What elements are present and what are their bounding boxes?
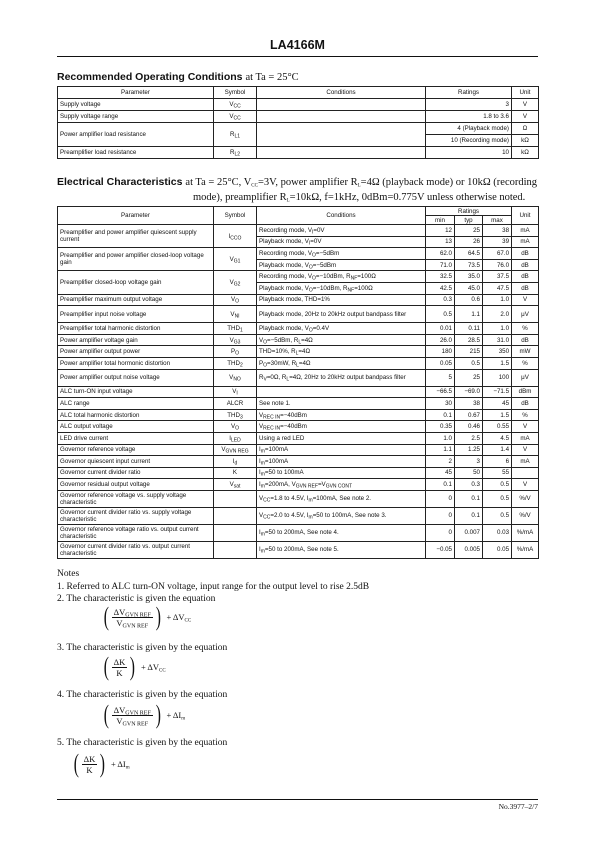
cell-typ: 0.005 [455,541,483,558]
table-header-row: Parameter Symbol Conditions Ratings Unit [58,87,539,99]
cell-min: 32.5 [426,271,455,283]
elec-char-conditions-line2: mode), preamplifier RL=10kΩ, f=1kHz, 0dB… [193,192,525,203]
col-symbol: Symbol [214,87,257,99]
cell-unit: dB [512,282,539,294]
cell-unit: mA [512,236,539,248]
cell-symbol: VO [214,421,257,433]
cell-unit: dB [512,259,539,271]
cell-conditions: See note 1. [257,398,426,410]
table-row: Preamplifier total harmonic distortionTH… [58,323,539,335]
cell-unit: V [512,444,539,456]
cell-max: 350 [483,346,512,358]
table-row: ALC output voltageVOVREC IN=−40dBm0.350.… [58,421,539,433]
rec-conditions-title: Recommended Operating Conditions [57,71,243,83]
cell-conditions: Playback mode, VO=−10dBm, RNF=100Ω [257,282,426,294]
cell-typ: 0.007 [455,524,483,541]
equation-term: + ΔIm [166,710,185,720]
cell-unit: dB [512,334,539,346]
elec-char-conditions-line1: at Ta = 25°C, VCC=3V, power amplifier RL… [185,177,537,188]
cell-typ: 38 [455,398,483,410]
cell-typ: 25 [455,369,483,386]
cell-unit: dB [512,248,539,260]
table-row: Governor reference voltage ratio vs. out… [58,524,539,541]
table-row: Supply voltage rangeVCC1.8 to 3.6V [58,111,539,123]
col-conditions: Conditions [257,87,426,99]
cell-parameter: LED drive current [58,432,214,444]
cell-min: 30 [426,398,455,410]
table-row: Preamplifier and power amplifier quiesce… [58,225,539,237]
cell-min: 0.3 [426,294,455,306]
cell-unit: V [512,111,539,123]
cell-typ: −69.0 [455,386,483,398]
cell-conditions: VCC=2.0 to 4.5V, Im=50 to 100mA, See not… [257,507,426,524]
header-rule [57,56,538,57]
cell-conditions [257,111,426,123]
table-row: Preamplifier closed-loop voltage gainVG2… [58,271,539,283]
cell-parameter: Governor reference voltage vs. supply vo… [58,490,214,507]
cell-conditions [257,386,426,398]
cell-min: 45 [426,467,455,479]
fraction: ΔKK [112,657,128,678]
cell-parameter: ALC total harmonic distortion [58,409,214,421]
cell-symbol: VG2 [214,271,257,294]
cell-symbol: K [214,467,257,479]
cell-typ: 45.0 [455,282,483,294]
note-1: 1. Referred to ALC turn-ON voltage, inpu… [57,581,369,594]
cell-typ: 215 [455,346,483,358]
cell-parameter: ALC output voltage [58,421,214,433]
cell-symbol: VG3 [214,334,257,346]
equation-term: + ΔIm [111,759,130,769]
rec-conditions-suffix: at Ta = 25°C [245,72,298,83]
table-row: Governor residual output voltageVsatIm=2… [58,479,539,491]
cell-parameter: Governor current divider ratio vs. suppl… [58,507,214,524]
table-row: Preamplifier input noise voltageVNIPlayb… [58,306,539,323]
cell-min: 0 [426,490,455,507]
cell-symbol: Id [214,456,257,468]
denominator: VGVN REF [114,618,150,628]
cell-unit: mA [512,225,539,237]
cell-conditions: Recording mode, VO=−5dBm [257,248,426,260]
cell-ratings: 10 (Recording mode) [426,135,512,147]
table-row: Governor current divider ratio vs. suppl… [58,507,539,524]
cell-min: 0.05 [426,357,455,369]
cell-conditions: Playback mode, VO=−5dBm [257,259,426,271]
table-row: ALC turn-ON input voltageVI−66.5−69.0−71… [58,386,539,398]
cell-max: 0.05 [483,541,512,558]
footer-rule [57,799,538,800]
elec-char-heading: Electrical Characteristics at Ta = 25°C,… [57,175,547,205]
cell-unit: % [512,323,539,335]
cell-symbol: VNI [214,306,257,323]
cell-conditions: Playback mode, VI=0V [257,236,426,248]
cell-max: 1.5 [483,409,512,421]
cell-symbol: RL1 [214,123,257,147]
cell-unit: kΩ [512,147,539,159]
cell-conditions: Im=50 to 200mA, See note 5. [257,541,426,558]
cell-parameter: ALC turn-ON input voltage [58,386,214,398]
cell-min: 0.35 [426,421,455,433]
cell-max: 1.5 [483,357,512,369]
cell-min: 26.0 [426,334,455,346]
cell-symbol: VI [214,386,257,398]
cell-symbol: VG1 [214,248,257,271]
cell-parameter: Governor current divider ratio vs. outpu… [58,541,214,558]
table-row: Preamplifier maximum output voltageVOPla… [58,294,539,306]
cell-max: 38 [483,225,512,237]
cell-unit: %/mA [512,541,539,558]
cell-symbol: ALCR [214,398,257,410]
cell-parameter: Preamplifier and power amplifier quiesce… [58,225,214,248]
left-paren: ( [104,604,109,630]
table-row: Preamplifier load resistanceRL210kΩ [58,147,539,159]
cell-min: 2 [426,456,455,468]
left-paren: ( [104,702,109,728]
cell-symbol: RL2 [214,147,257,159]
cell-unit: %/V [512,490,539,507]
cell-parameter: Power amplifier output noise voltage [58,369,214,386]
cell-unit: % [512,357,539,369]
cell-unit: dB [512,271,539,283]
cell-conditions: Recording mode, VO=−10dBm, RNF=100Ω [257,271,426,283]
cell-max: 1.0 [483,323,512,335]
cell-symbol: Vsat [214,479,257,491]
cell-min: 0 [426,507,455,524]
equation-note-4: (ΔVGVN REFVGVN REF)+ ΔIm [102,702,185,728]
cell-min: 62.0 [426,248,455,260]
denominator: VGVN REF [114,716,150,726]
cell-conditions [257,147,426,159]
cell-max: 55 [483,467,512,479]
cell-unit: mA [512,456,539,468]
cell-max: 2.0 [483,306,512,323]
cell-unit: mW [512,346,539,358]
cell-typ: 3 [455,456,483,468]
cell-unit: dBm [512,386,539,398]
cell-parameter: Power amplifier load resistance [58,123,214,147]
table-row: Power amplifier output powerPOTHD=10%, R… [58,346,539,358]
note-5: 5. The characteristic is given by the eq… [57,737,369,750]
table-header-row: Parameter Symbol Conditions Ratings Unit [58,207,539,216]
cell-typ: 0.67 [455,409,483,421]
cell-typ: 73.5 [455,259,483,271]
cell-symbol: VCC [214,111,257,123]
col-ratings: Ratings [426,207,512,216]
left-paren: ( [104,654,109,680]
numerator: ΔVGVN REF [112,705,153,716]
cell-conditions: PO=30mW, RL=4Ω [257,357,426,369]
numerator: ΔK [112,657,128,668]
table-row: Power amplifier total hormonic distortio… [58,357,539,369]
notes-heading: Notes [57,568,369,581]
cell-unit: V [512,479,539,491]
cell-min: 0 [426,524,455,541]
col-typ: typ [455,216,483,225]
equation-note-3: (ΔKK)+ ΔVCC [102,654,166,680]
cell-unit [512,467,539,479]
cell-typ: 35.0 [455,271,483,283]
fraction: ΔKK [82,754,98,775]
elec-char-title: Electrical Characteristics [57,176,183,188]
cell-max: 4.5 [483,432,512,444]
col-unit: Unit [512,87,539,99]
cell-ratings: 3 [426,99,512,111]
cell-parameter: Preamplifier maximum output voltage [58,294,214,306]
cell-max: 0.55 [483,421,512,433]
cell-max: 0.5 [483,479,512,491]
cell-conditions: Im=200mA, VGVN REF=VGVN CONT [257,479,426,491]
recommended-conditions-table: Parameter Symbol Conditions Ratings Unit… [57,86,539,159]
cell-unit: V [512,99,539,111]
cell-max: 0.5 [483,490,512,507]
cell-typ: 1.1 [455,306,483,323]
table-row: Governor quiescent input currentIdIm=100… [58,456,539,468]
cell-max: 31.0 [483,334,512,346]
cell-symbol: VO [214,294,257,306]
rec-conditions-heading: Recommended Operating Conditions at Ta =… [57,71,299,83]
equation-term: + ΔVCC [141,662,166,672]
cell-ratings: 4 (Playback mode) [426,123,512,135]
table-row: Preamplifier and power amplifier closed-… [58,248,539,260]
fraction: ΔVGVN REFVGVN REF [112,607,153,628]
left-paren: ( [74,751,79,777]
cell-min: 12 [426,225,455,237]
cell-symbol: THD2 [214,357,257,369]
cell-unit: % [512,409,539,421]
cell-max: 76.0 [483,259,512,271]
cell-symbol: VCC [214,99,257,111]
cell-typ: 0.6 [455,294,483,306]
cell-conditions: VREC IN=−40dBm [257,409,426,421]
cell-max: 37.5 [483,271,512,283]
col-symbol: Symbol [214,207,257,225]
cell-conditions: Playback mode, THD=1% [257,294,426,306]
right-paren: ) [156,604,161,630]
right-paren: ) [156,702,161,728]
right-paren: ) [100,751,105,777]
table-row: ALC total harmonic distortionTHD3VREC IN… [58,409,539,421]
col-max: max [483,216,512,225]
cell-max: 6 [483,456,512,468]
cell-conditions: Im=50 to 100mA [257,467,426,479]
cell-conditions: Playback mode, VO=0.4V [257,323,426,335]
table-row: Supply voltageVCC3V [58,99,539,111]
document-title: LA4166M [0,38,595,52]
cell-conditions [257,123,426,147]
cell-parameter: Power amplifier output power [58,346,214,358]
cell-min: 0.1 [426,479,455,491]
cell-symbol: THD1 [214,323,257,335]
denominator: K [84,765,94,775]
col-unit: Unit [512,207,539,225]
equation-term: + ΔVCC [166,612,191,622]
cell-conditions: RV=0Ω, RL=4Ω, 20Hz to 20kHz output bandp… [257,369,426,386]
cell-symbol [214,490,257,507]
equation-note-2: (ΔVGVN REFVGVN REF)+ ΔVCC [102,604,191,630]
cell-min: 0.5 [426,306,455,323]
table-row: Power amplifier load resistanceRL14 (Pla… [58,123,539,135]
cell-conditions: Im=100mA [257,456,426,468]
cell-parameter: ALC range [58,398,214,410]
cell-parameter: Preamplifier and power amplifier closed-… [58,248,214,271]
table-row: Power amplifier voltage gainVG3VO=−5dBm,… [58,334,539,346]
doc-number: No.3977–2/7 [499,802,538,811]
cell-min: 42.5 [426,282,455,294]
cell-parameter: Power amplifier total hormonic distortio… [58,357,214,369]
cell-parameter: Preamplifier total harmonic distortion [58,323,214,335]
cell-parameter: Supply voltage [58,99,214,111]
cell-typ: 2.5 [455,432,483,444]
cell-min: 0.1 [426,409,455,421]
col-conditions: Conditions [257,207,426,225]
cell-conditions: Im=50 to 200mA, See note 4. [257,524,426,541]
cell-symbol: VGVN REG [214,444,257,456]
table-row: LED drive currentILEDUsing a red LED1.02… [58,432,539,444]
cell-parameter: Governor reference voltage [58,444,214,456]
cell-typ: 50 [455,467,483,479]
cell-max: 39 [483,236,512,248]
cell-conditions: Using a red LED [257,432,426,444]
cell-min: 1.1 [426,444,455,456]
cell-parameter: Governor reference voltage ratio vs. out… [58,524,214,541]
cell-min: 71.0 [426,259,455,271]
table-row: Governor reference voltage vs. supply vo… [58,490,539,507]
cell-parameter: Governor residual output voltage [58,479,214,491]
cell-typ: 0.1 [455,507,483,524]
cell-conditions: Playback mode, 20Hz to 20kHz output band… [257,306,426,323]
cell-min: −0.05 [426,541,455,558]
cell-max: 100 [483,369,512,386]
col-parameter: Parameter [58,87,214,99]
cell-min: 180 [426,346,455,358]
cell-typ: 0.5 [455,357,483,369]
cell-unit: kΩ [512,135,539,147]
cell-symbol [214,507,257,524]
numerator: ΔK [82,754,98,765]
cell-max: 47.5 [483,282,512,294]
fraction: ΔVGVN REFVGVN REF [112,705,153,726]
col-parameter: Parameter [58,207,214,225]
cell-min: −66.5 [426,386,455,398]
cell-conditions [257,99,426,111]
cell-conditions: THD=10%, RL=4Ω [257,346,426,358]
cell-ratings: 10 [426,147,512,159]
cell-unit: μV [512,306,539,323]
cell-max: 1.0 [483,294,512,306]
cell-typ: 0.11 [455,323,483,335]
numerator: ΔVGVN REF [112,607,153,618]
cell-parameter: Power amplifier voltage gain [58,334,214,346]
electrical-characteristics-table: Parameter Symbol Conditions Ratings Unit… [57,206,539,559]
cell-max: 0.5 [483,507,512,524]
cell-unit: dB [512,398,539,410]
cell-conditions: VCC=1.8 to 4.5V, Im=100mA, See note 2. [257,490,426,507]
cell-max: 67.0 [483,248,512,260]
equation-note-5: (ΔKK)+ ΔIm [72,751,130,777]
cell-typ: 1.25 [455,444,483,456]
col-ratings: Ratings [426,87,512,99]
cell-conditions: Recording mode, VI=0V [257,225,426,237]
cell-max: 45 [483,398,512,410]
cell-ratings: 1.8 to 3.6 [426,111,512,123]
cell-unit: Ω [512,123,539,135]
cell-typ: 0.3 [455,479,483,491]
cell-conditions: VREC IN=−40dBm [257,421,426,433]
cell-typ: 0.46 [455,421,483,433]
cell-symbol [214,524,257,541]
cell-min: 1.0 [426,432,455,444]
cell-symbol: ICCO [214,225,257,248]
cell-unit: %/mA [512,524,539,541]
cell-parameter: Supply voltage range [58,111,214,123]
cell-unit: V [512,294,539,306]
cell-parameter: Preamplifier load resistance [58,147,214,159]
cell-typ: 28.5 [455,334,483,346]
cell-symbol: VNO [214,369,257,386]
cell-unit: mA [512,432,539,444]
cell-unit: %/V [512,507,539,524]
cell-symbol: ILED [214,432,257,444]
cell-unit: μV [512,369,539,386]
cell-parameter: Preamplifier input noise voltage [58,306,214,323]
table-row: Governor current divider ratio vs. outpu… [58,541,539,558]
cell-parameter: Governor quiescent input current [58,456,214,468]
col-min: min [426,216,455,225]
cell-min: 0.01 [426,323,455,335]
cell-min: 13 [426,236,455,248]
cell-typ: 0.1 [455,490,483,507]
cell-symbol [214,541,257,558]
cell-typ: 64.5 [455,248,483,260]
cell-parameter: Preamplifier closed-loop voltage gain [58,271,214,294]
denominator: K [114,668,124,678]
cell-max: −71.5 [483,386,512,398]
table-row: Governor current divider ratioKIm=50 to … [58,467,539,479]
table-row: Power amplifier output noise voltageVNOR… [58,369,539,386]
cell-unit: V [512,421,539,433]
cell-typ: 26 [455,236,483,248]
cell-symbol: PO [214,346,257,358]
cell-max: 1.4 [483,444,512,456]
cell-conditions: VO=−5dBm, RL=4Ω [257,334,426,346]
cell-parameter: Governor current divider ratio [58,467,214,479]
cell-min: 5 [426,369,455,386]
cell-symbol: THD3 [214,409,257,421]
cell-conditions: Im=100mA [257,444,426,456]
cell-max: 0.03 [483,524,512,541]
table-row: Governor reference voltageVGVN REGIm=100… [58,444,539,456]
table-row: ALC rangeALCRSee note 1.303845dB [58,398,539,410]
cell-typ: 25 [455,225,483,237]
right-paren: ) [130,654,135,680]
